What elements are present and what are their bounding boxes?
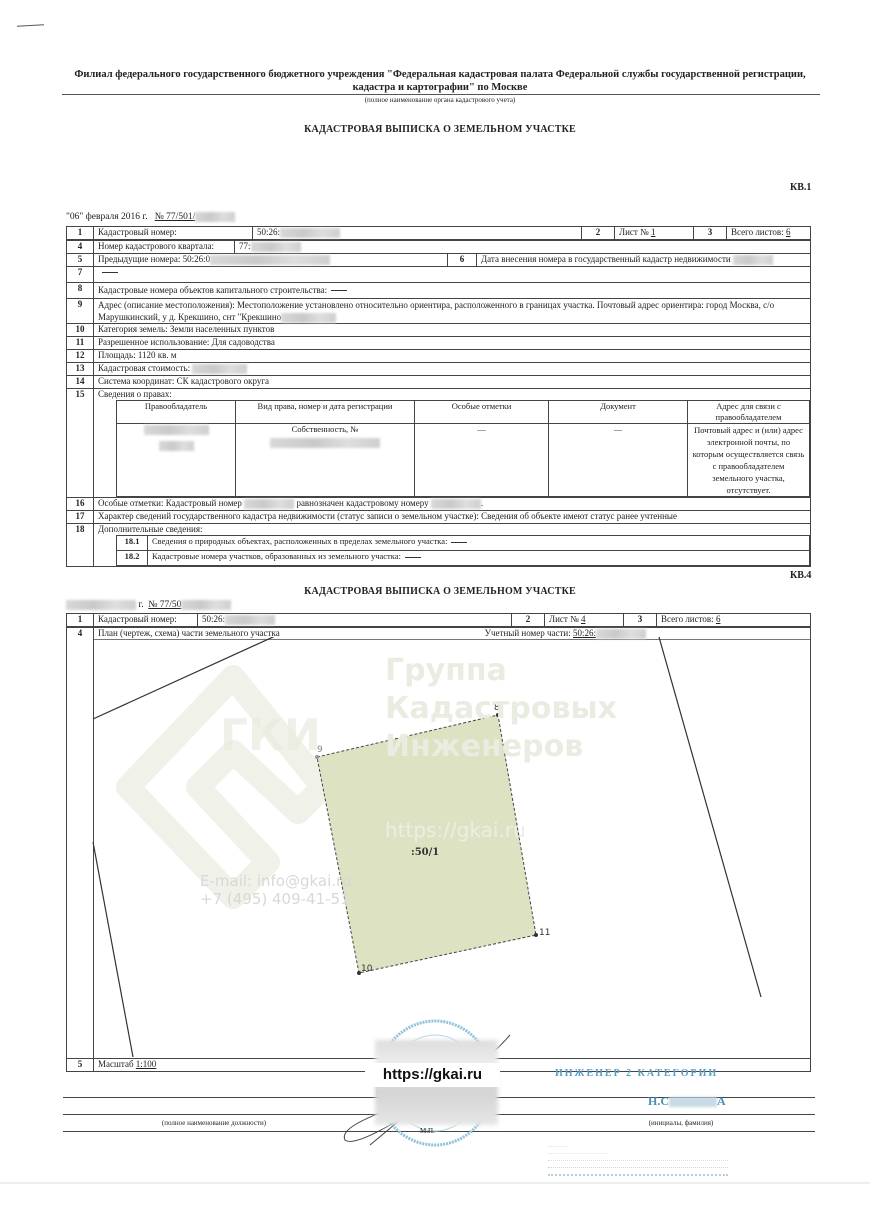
rights-header: Документ — [549, 401, 688, 424]
scan-mark — [17, 24, 44, 26]
additional-info: Дополнительные сведения: 18.1 Сведения о… — [94, 524, 811, 567]
section1-form: 1 Кадастровый номер: 50:26: 2 Лист № 1 3… — [66, 226, 811, 240]
section2-form: 1 Кадастровый номер: 50:26: 2 Лист № 4 3… — [66, 613, 811, 627]
row-number: 7 — [67, 267, 94, 283]
previous-numbers: Предыдущие номера: 50:26:0 — [94, 254, 448, 266]
row-number: 1 — [67, 614, 94, 627]
land-category: Категория земель: Земли населенных пункт… — [94, 324, 811, 337]
row-number: 3 — [624, 614, 657, 627]
section1-form-row4: 4 Номер кадастрового квартала: 77: 5 Пре… — [66, 240, 811, 567]
section1-form-code: КВ.1 — [790, 182, 811, 193]
row-number: 2 — [582, 227, 615, 240]
row-number: 5 — [67, 254, 94, 267]
row-1: 1 Кадастровый номер: 50:26: 2 Лист № 1 3… — [67, 227, 811, 240]
row-7-value — [94, 267, 811, 283]
row-number: 18 — [67, 524, 94, 567]
sheet-number: Лист № 4 — [545, 614, 624, 627]
row-number: 1 — [67, 227, 94, 240]
cadastral-number-label: Кадастровый номер: — [94, 227, 253, 240]
special-marks: Особые отметки: Кадастровый номер равноз… — [94, 498, 811, 511]
boundary-line — [659, 637, 761, 997]
section1-dateline: "06" февраля 2016 г. № 77/501/ — [66, 212, 235, 222]
row-number: 15 — [67, 389, 94, 498]
stamp-mark: М.П. — [420, 1127, 435, 1135]
row-number: 8 — [67, 283, 94, 299]
natural-objects: Сведения о природных объектах, расположе… — [148, 536, 810, 551]
record-status: Характер сведений государственного кадас… — [94, 511, 811, 524]
boundary-line — [93, 842, 133, 1057]
rights-holder — [117, 424, 236, 497]
row-number: 16 — [67, 498, 94, 511]
organization-header: Филиал федерального государственного бюд… — [60, 68, 820, 94]
area: Площадь: 1120 кв. м — [94, 350, 811, 363]
section2-title: КАДАСТРОВАЯ ВЫПИСКА О ЗЕМЕЛЬНОМ УЧАСТКЕ — [60, 586, 820, 597]
row-number: 6 — [448, 254, 477, 266]
section2-form-code: КВ.4 — [790, 570, 811, 581]
row-number: 12 — [67, 350, 94, 363]
position-note: (полное наименование должности) — [63, 1115, 365, 1132]
row-number: 10 — [67, 324, 94, 337]
stamp-name: Н.СА — [648, 1094, 726, 1109]
parcel-label: :50/1 — [411, 847, 439, 858]
watermark-contacts: E-mail: info@gkai.ru +7 (495) 409-41-51 — [200, 872, 352, 908]
address: Адрес (описание местоположения): Местопо… — [94, 299, 811, 324]
page-edge — [0, 1182, 870, 1184]
row-number: 18.2 — [117, 551, 148, 566]
cadastral-value: Кадастровая стоимость: — [94, 363, 811, 376]
rights-type: Собственность, № — [236, 424, 415, 497]
rights-label: Сведения о правах: — [94, 389, 810, 400]
point-marker — [534, 933, 538, 937]
registration-date: Дата внесения номера в государственный к… — [477, 254, 811, 266]
rights-info: Сведения о правах: Правообладатель Вид п… — [94, 389, 811, 498]
cadastral-number-value: 50:26: — [198, 614, 512, 627]
row-number: 13 — [67, 363, 94, 376]
section1-date: "06" февраля 2016 г. — [66, 212, 148, 222]
quarter-number-label: Номер кадастрового квартала: — [94, 241, 235, 254]
row-number: 2 — [512, 614, 545, 627]
capital-construction-numbers: Кадастровые номера объектов капитального… — [94, 283, 811, 299]
svg-text:10: 10 — [361, 964, 373, 974]
coordinate-system: Система координат: СК кадастрового округ… — [94, 376, 811, 389]
rights-header: Адрес для связи с правообладателем — [688, 401, 810, 424]
watermark-url: https://gkai.ru — [385, 818, 526, 842]
row-number: 4 — [67, 241, 94, 254]
organization-note: (полное наименование органа кадастрового… — [60, 96, 820, 104]
cadastral-number-label: Кадастровый номер: — [94, 614, 198, 627]
rights-special-marks: — — [415, 424, 549, 497]
section2-dateline: г. № 77/50 — [66, 600, 231, 610]
organization-line1: Филиал федерального государственного бюд… — [60, 68, 820, 81]
permitted-use: Разрешенное использование: Для садоводст… — [94, 337, 811, 350]
header-divider — [62, 94, 820, 95]
organization-line2: кадастра и картографии" по Москве — [60, 81, 820, 94]
rights-table: Правообладатель Вид права, номер и дата … — [116, 400, 810, 497]
row-number: 11 — [67, 337, 94, 350]
sheet-number: Лист № 1 — [615, 227, 694, 240]
watermark-company: Группа Кадастровых Инженеров — [385, 652, 617, 766]
initials-note: (инициалы, фамилия) — [547, 1115, 815, 1132]
section1-title: КАДАСТРОВАЯ ВЫПИСКА О ЗЕМЕЛЬНОМ УЧАСТКЕ — [60, 124, 820, 135]
cadastral-number-value: 50:26: — [253, 227, 582, 240]
row-number: 3 — [694, 227, 727, 240]
section1-doc-number: № 77/501/ — [155, 212, 195, 222]
watermark-phone: +7 (495) 409-41-51 — [200, 890, 352, 908]
total-sheets: Всего листов: 6 — [657, 614, 811, 627]
row-number: 18.1 — [117, 536, 148, 551]
section2-doc-number: № 77/50 — [148, 600, 181, 610]
website-link[interactable]: https://gkai.ru — [365, 1063, 500, 1087]
row-number: 14 — [67, 376, 94, 389]
watermark-email: E-mail: info@gkai.ru — [200, 872, 352, 890]
total-sheets: Всего листов: 6 — [727, 227, 811, 240]
quarter-number-value: 77: — [235, 241, 811, 254]
stamp-position-title: ИНЖЕНЕР 2 КАТЕГОРИИ — [555, 1068, 718, 1079]
rights-contact: Почтовый адрес и (или) адрес электронной… — [688, 424, 810, 497]
row-number: 9 — [67, 299, 94, 324]
rights-header: Правообладатель — [117, 401, 236, 424]
rights-header: Особые отметки — [415, 401, 549, 424]
svg-text:11: 11 — [539, 928, 550, 938]
rights-document: — — [549, 424, 688, 497]
row-number: 17 — [67, 511, 94, 524]
faded-stamp-text — [548, 1140, 778, 1176]
watermark-logo-text: ГКИ — [220, 710, 321, 761]
derived-parcels: Кадастровые номера участков, образованны… — [148, 551, 810, 566]
row-number: 5 — [67, 1059, 94, 1072]
rights-header: Вид права, номер и дата регистрации — [236, 401, 415, 424]
additional-info-label: Дополнительные сведения: — [94, 524, 810, 535]
